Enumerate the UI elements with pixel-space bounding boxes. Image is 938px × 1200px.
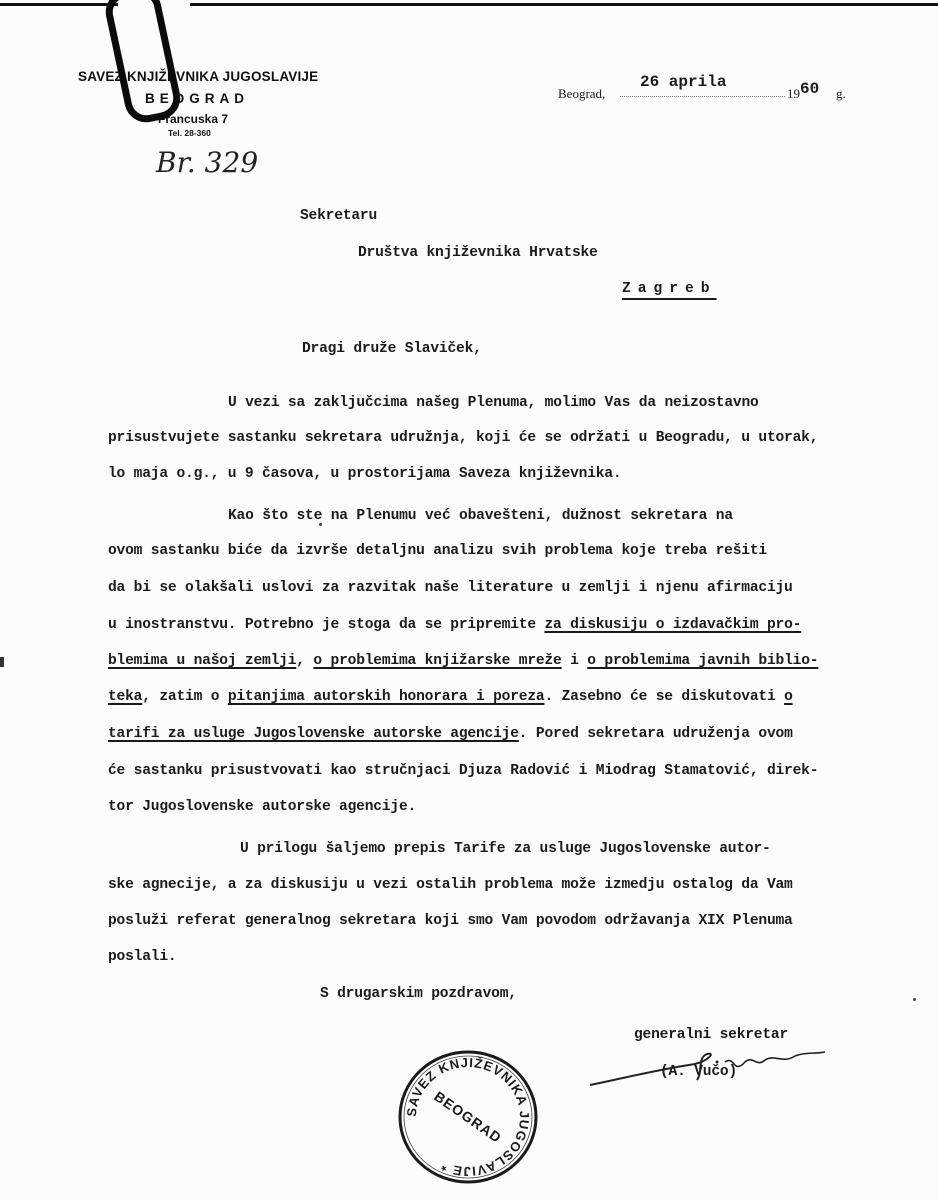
letterhead-phone: Tel. 28-360 (168, 128, 211, 138)
date-year-printed: 19 (787, 86, 800, 102)
underlined-text: blemima u našoj zemlji (108, 653, 296, 669)
body-line: Kao što ste na Plenumu već obavešteni, d… (228, 508, 733, 524)
underlined-text: o (784, 689, 793, 705)
stamp-center-text: BEOGRAD (431, 1088, 505, 1146)
body-text: . Zasebno će se diskutovati (544, 689, 784, 705)
body-line: poslali. (108, 949, 176, 965)
underlined-text: o problemima javnih biblio- (587, 653, 818, 669)
date-dotted-line (620, 96, 785, 97)
closing: S drugarskim pozdravom, (320, 986, 517, 1002)
body-line: blemima u našoj zemlji, o problemima knj… (108, 653, 818, 669)
body-text: , (296, 653, 313, 669)
body-line: ovom sastanku biće da izvrše detaljnu an… (108, 543, 767, 559)
speck (913, 998, 916, 1001)
body-line: ske agnecije, a za diskusiju u vezi osta… (108, 877, 793, 893)
body-line: tor Jugoslovenske autorske agencije. (108, 799, 416, 815)
letterhead-organization: SAVEZ KNJIŽEVNIKA JUGOSLAVIJE (78, 69, 318, 84)
date-place: Beograd, (558, 86, 605, 102)
top-edge-rule (0, 3, 118, 6)
underlined-text: o problemima knjižarske mreže (313, 653, 561, 669)
body-line: će sastanku prisustvovati kao stručnjaci… (108, 763, 818, 779)
signatory-title: generalni sekretar (634, 1027, 788, 1043)
organization-stamp-icon: SAVEZ KNJIŽEVNIKA JUGOSLAVIJE * BEOGRAD (393, 1047, 543, 1187)
top-edge-rule (190, 3, 938, 6)
date-suffix: g. (836, 86, 846, 102)
date-year-typed: 60 (800, 80, 819, 98)
letter-page: SAVEZ KNJIŽEVNIKA JUGOSLAVIJE BEOGRAD Fr… (0, 0, 938, 1200)
signature-icon (585, 1050, 845, 1100)
underlined-text: tarifi za usluge Jugoslovenske autorske … (108, 726, 519, 742)
body-text: . Pored sekretara udruženja ovom (519, 726, 793, 742)
body-line: prisustvujete sastanku sekretara udružnj… (108, 430, 818, 446)
handwritten-reference-number: Br. 329 (156, 146, 258, 179)
recipient-line-1: Sekretaru (300, 208, 377, 224)
salutation: Dragi druže Slaviček, (302, 341, 482, 357)
body-text: , zatim o (142, 689, 228, 705)
underlined-text: teka (108, 689, 142, 705)
body-text: i (562, 653, 588, 669)
paperclip-icon (102, 0, 185, 126)
underlined-text: za diskusiju o izdavačkim pro- (544, 617, 801, 633)
body-line: u inostranstvu. Potrebno je stoga da se … (108, 617, 801, 633)
date-typed: 26 aprila (640, 73, 726, 91)
body-line: teka, zatim o pitanjima autorskih honora… (108, 689, 793, 705)
recipient-city: Zagreb (622, 281, 717, 297)
body-line: lo maja o.g., u 9 časova, u prostorijama… (108, 466, 621, 482)
body-text: u inostranstvu. Potrebno je stoga da se … (108, 617, 544, 633)
speck (319, 523, 322, 526)
body-line: U vezi sa zaključcima našeg Plenuma, mol… (228, 395, 759, 411)
recipient-line-2: Društva književnika Hrvatske (358, 245, 598, 261)
underlined-text: pitanjima autorskih honorara i poreza (228, 689, 545, 705)
body-line: posluži referat generalnog sekretara koj… (108, 913, 793, 929)
body-line: tarifi za usluge Jugoslovenske autorske … (108, 726, 793, 742)
margin-mark (0, 657, 4, 667)
body-line: U prilogu šaljemo prepis Tarife za uslug… (240, 841, 771, 857)
body-line: da bi se olakšali uslovi za razvitak naš… (108, 580, 793, 596)
